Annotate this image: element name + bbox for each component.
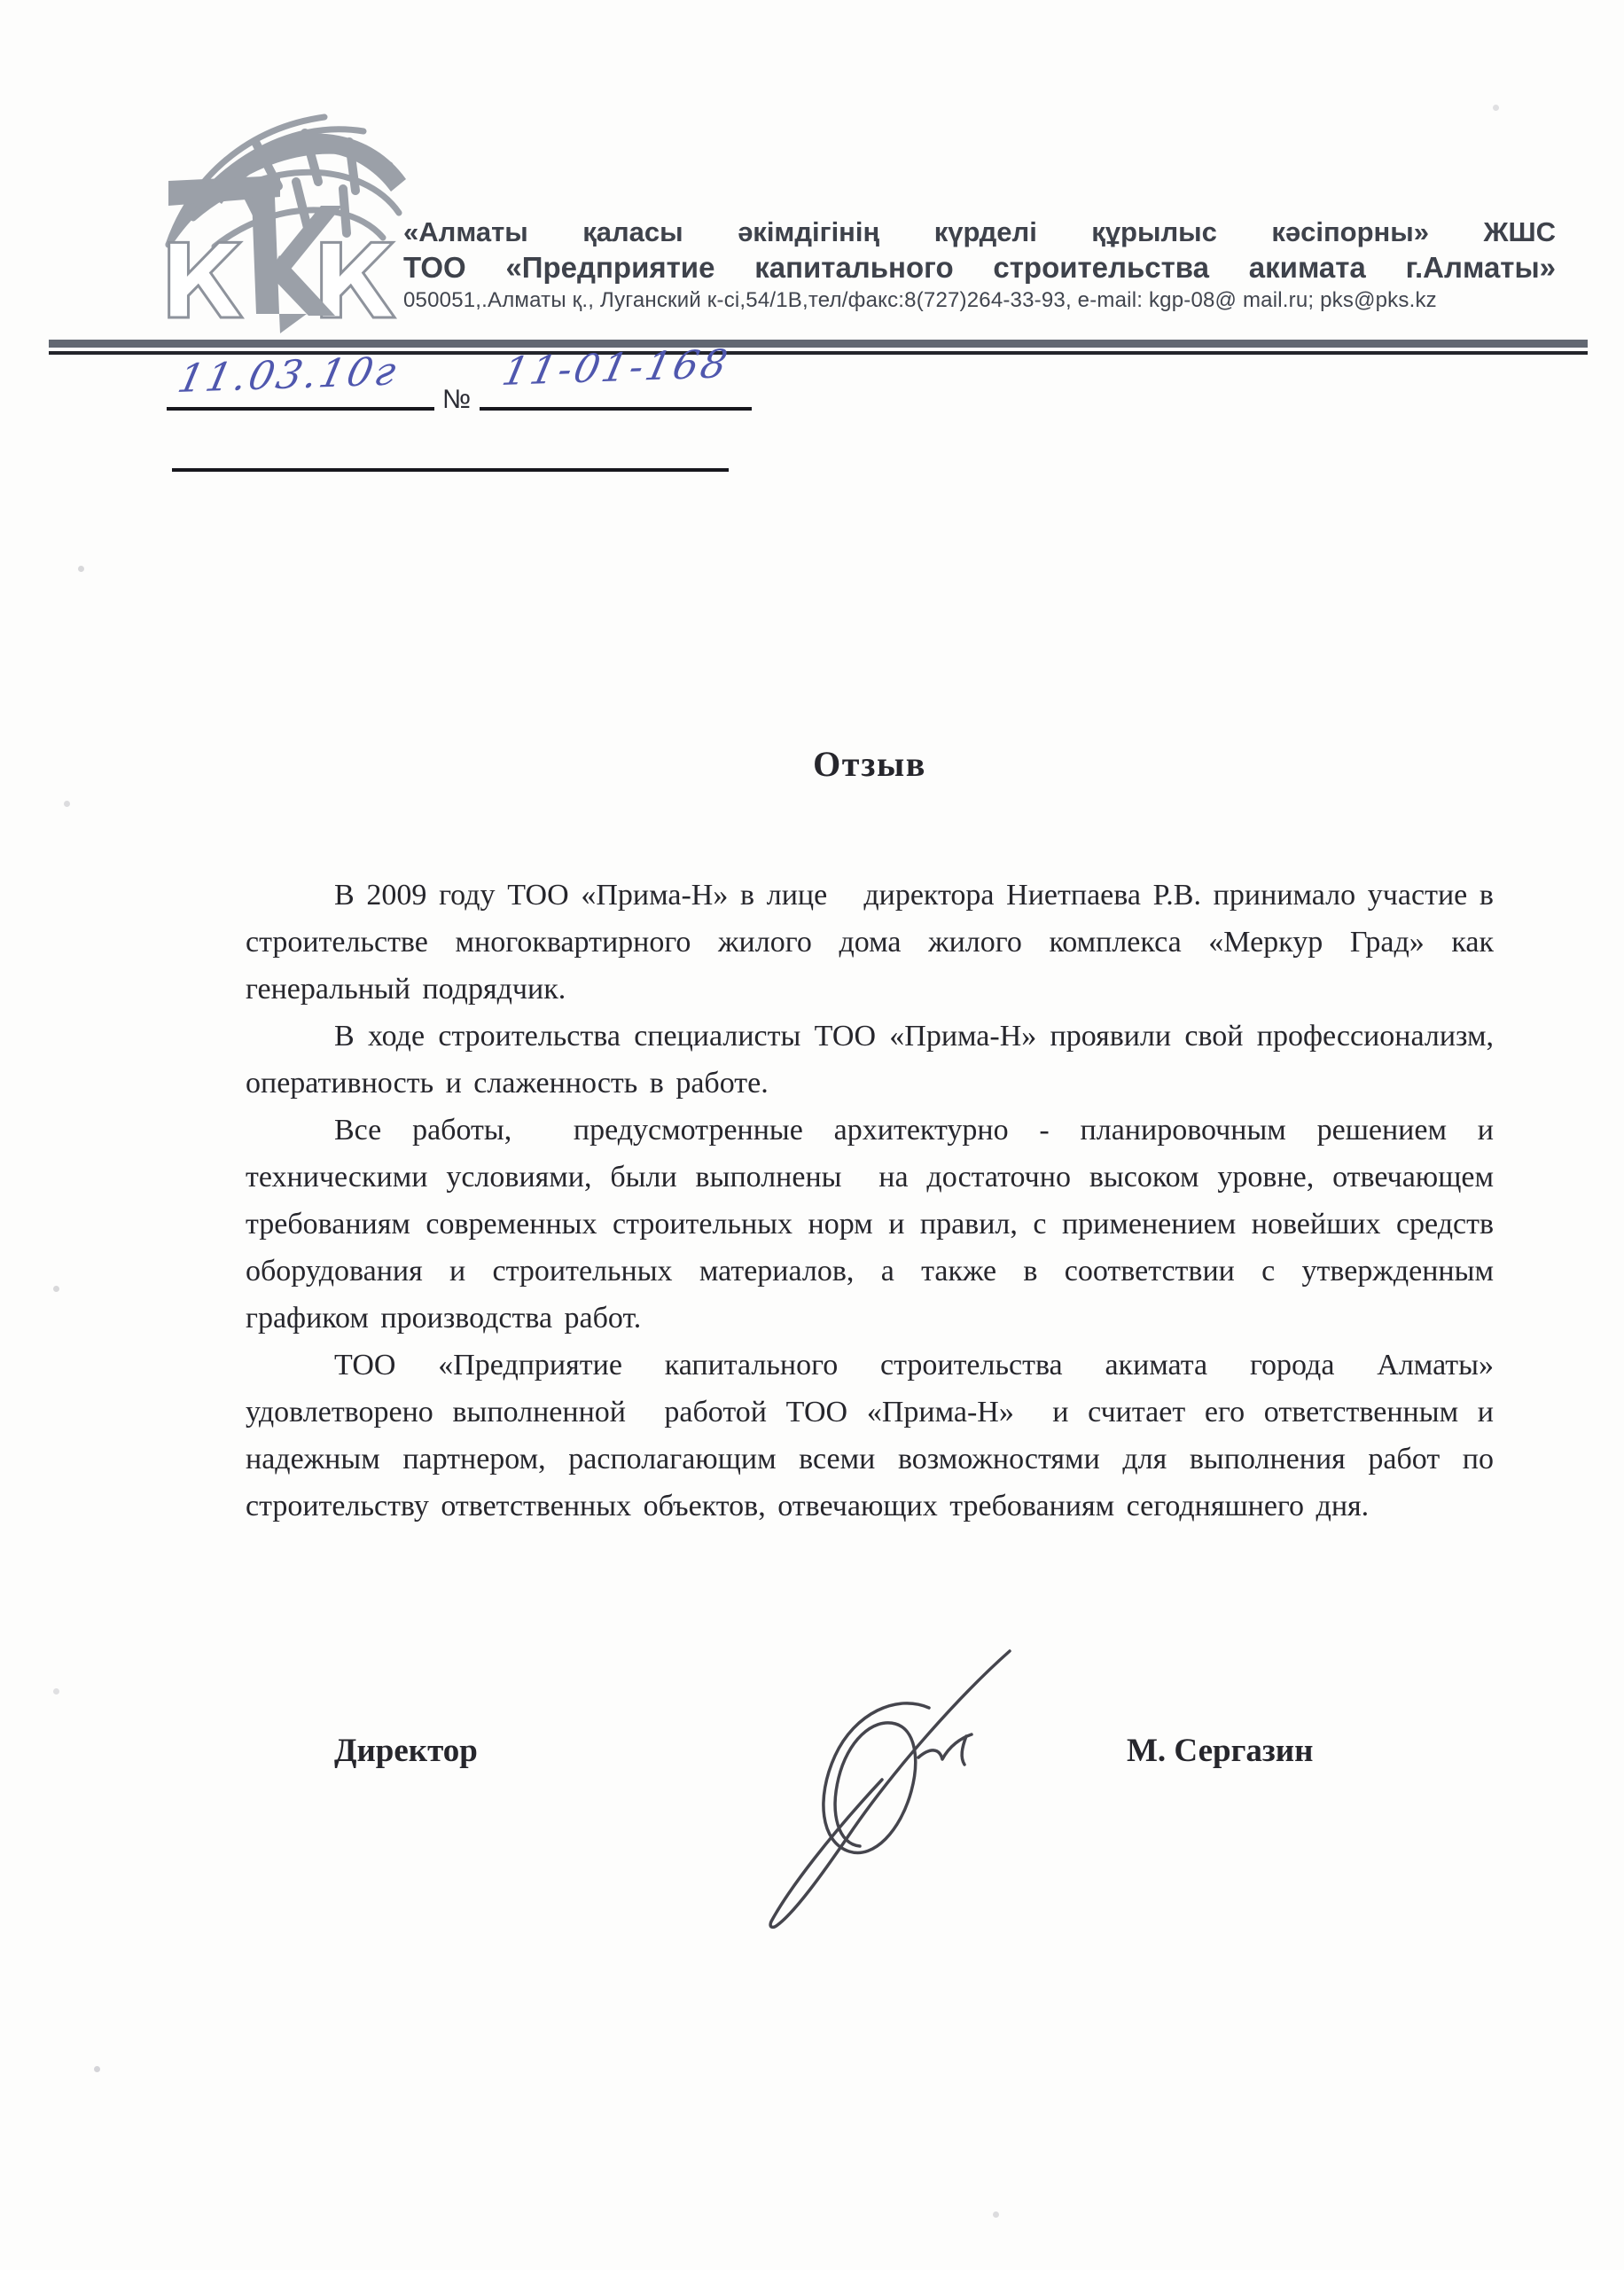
paragraph-1: В 2009 году ТОО «Прима-Н» в лице директо…	[246, 872, 1494, 1013]
letter-body: В 2009 году ТОО «Прима-Н» в лице директо…	[246, 872, 1494, 1530]
handwritten-date: 11.03.10г	[174, 348, 402, 402]
letterhead-text: «Алматы қаласы әкімдігінің күрделі құрыл…	[403, 214, 1556, 314]
number-underline	[480, 407, 752, 411]
paragraph-4: ТОО «Предприятие капитального строительс…	[246, 1342, 1494, 1530]
company-contacts: 050051,.Алматы қ., Луганский к-сі,54/1В,…	[403, 286, 1556, 314]
scanned-letter-page: { "letterhead": { "logo_letters": "ККК",…	[0, 0, 1624, 2270]
date-underline	[167, 407, 434, 411]
number-sign-label: №	[442, 385, 471, 415]
company-name-kz: «Алматы қаласы әкімдігінің күрделі құрыл…	[403, 214, 1556, 251]
company-name-ru: ТОО «Предприятие капитального строительс…	[403, 251, 1556, 285]
logo-letter-right: К	[312, 223, 396, 342]
signatory-position-label: Директор	[334, 1732, 478, 1770]
signatory-name: М. Сергазин	[1127, 1732, 1313, 1770]
blank-underline	[172, 468, 729, 472]
handwritten-signature	[755, 1632, 1050, 1953]
handwritten-reference-number: 11-01-168	[498, 341, 734, 395]
logo-letter-left: К	[160, 223, 244, 342]
document-title: Отзыв	[246, 743, 1494, 785]
paragraph-3: Все работы, предусмотренные архитектурно…	[246, 1107, 1494, 1342]
paragraph-2: В ходе строительства специалисты ТОО «Пр…	[246, 1013, 1494, 1107]
letterhead-rule-thick	[49, 340, 1588, 348]
scan-speckles	[0, 0, 3, 3]
